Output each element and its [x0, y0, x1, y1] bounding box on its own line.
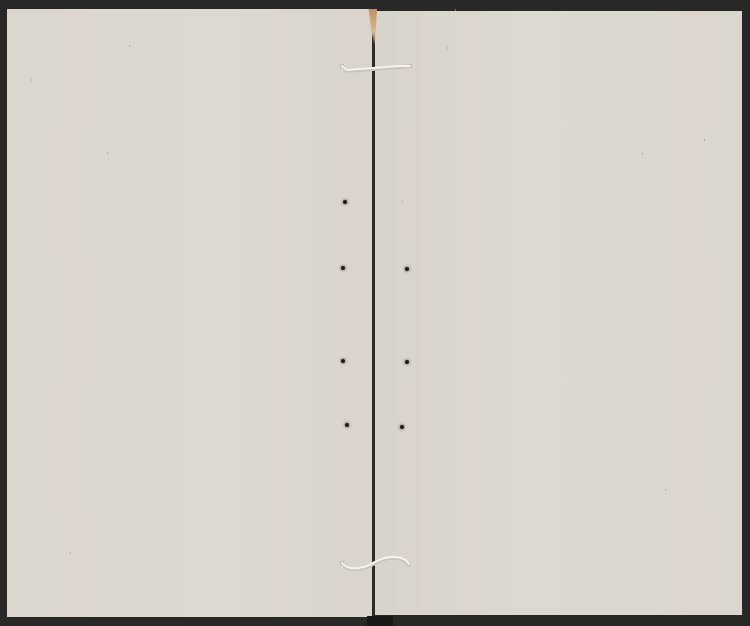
paper-speck: [704, 139, 705, 141]
spine-bottom-edge: [367, 616, 393, 626]
binding-hole: [401, 200, 404, 203]
spine-fold: [372, 9, 375, 617]
left-page: [7, 9, 373, 617]
binding-hole: [341, 266, 345, 270]
paper-speck: [665, 489, 666, 491]
binding-hole: [405, 360, 409, 364]
paper-speck: [642, 153, 643, 155]
paper-speck: [447, 47, 448, 49]
paper-speck: [70, 552, 71, 554]
binding-hole: [343, 200, 347, 204]
binding-hole: [405, 267, 409, 271]
paper-speck: [455, 9, 456, 11]
binding-hole: [345, 423, 349, 427]
binding-hole: [400, 425, 404, 429]
right-page: [375, 11, 742, 615]
paper-speck: [129, 45, 130, 47]
binding-hole: [341, 359, 345, 363]
bottom-staple-icon: [337, 551, 417, 577]
paper-speck: [31, 79, 32, 81]
open-booklet: [7, 9, 742, 617]
paper-speck: [107, 152, 108, 154]
top-staple-icon: [337, 57, 417, 79]
